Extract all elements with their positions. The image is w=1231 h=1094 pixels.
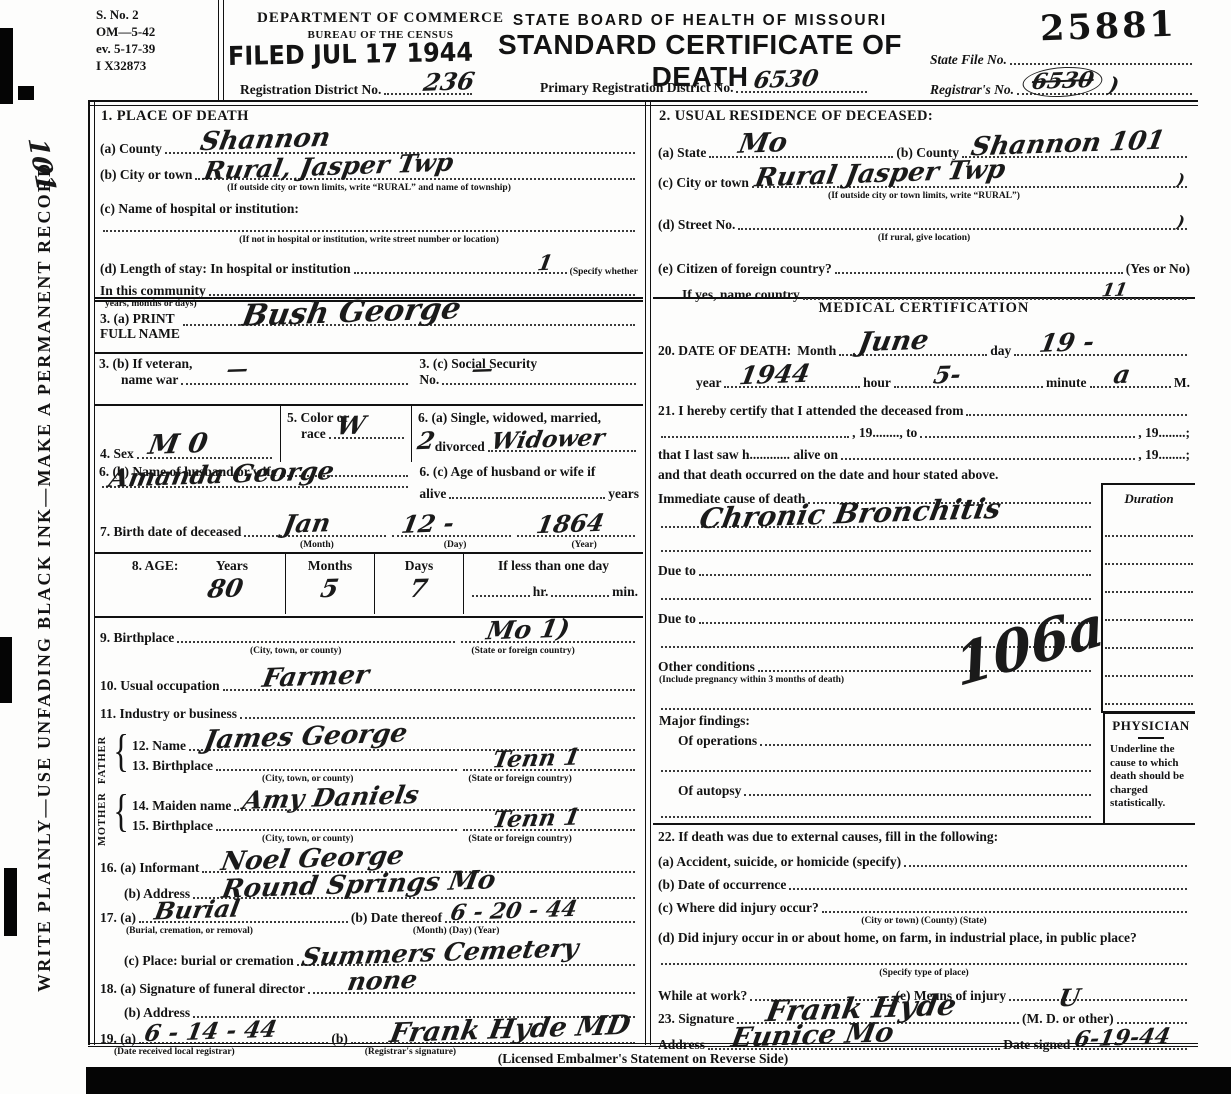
injury-where-label: (c) Where did injury occur? — [658, 900, 819, 916]
city-row: (b) City or town Rural, Jasper Twp — [95, 157, 643, 183]
hospital-line — [103, 224, 635, 232]
due-to-label1: Due to — [658, 563, 696, 579]
scan-artifact — [0, 28, 13, 104]
cause-line — [661, 544, 1091, 552]
length-of-stay-row: (d) Length of stay: In hospital or insti… — [95, 251, 643, 277]
pen-mark: ) — [1176, 170, 1187, 189]
years-header: Years — [216, 558, 248, 573]
occupation-row: 10. Usual occupation Farmer — [95, 662, 643, 694]
date-thereof-value: 6 - 20 - 44 — [448, 896, 579, 926]
operations-label: Of operations — [658, 733, 757, 749]
cause-line — [661, 592, 1091, 600]
attended-line2: , 19........, to , 19........; — [653, 419, 1195, 441]
margin-instruction: WRITE PLAINLY—USE UNFADING BLACK INK—MAK… — [34, 112, 55, 992]
race-label2: race — [287, 426, 326, 442]
spouse-age-label: 6. (c) Age of husband or wife if — [419, 464, 639, 480]
due-to-label2: Due to — [658, 611, 696, 627]
section-place-of-death: 1. PLACE OF DEATH (a) County Shannon (b)… — [95, 103, 643, 302]
days-header: Days — [375, 554, 463, 574]
death-hour-label: hour — [863, 375, 891, 391]
left-column: 1. PLACE OF DEATH (a) County Shannon (b)… — [95, 103, 643, 1046]
pen-mark: ) — [1107, 72, 1121, 97]
injury-place-line — [661, 957, 1187, 965]
state-file-number-stamp: 25881 — [1039, 4, 1177, 50]
cause-line — [661, 764, 1091, 772]
age-label: 8. AGE: — [132, 558, 179, 573]
scan-edge-bar — [86, 1067, 1231, 1094]
birth-month-value: Jan — [282, 508, 334, 539]
death-month-value: June — [856, 325, 931, 358]
sex-value: M 0 — [146, 428, 210, 461]
ssn-no-label: No. — [419, 372, 439, 388]
autopsy-label: Of autopsy — [658, 783, 741, 799]
age-months-value: 5 — [319, 574, 342, 604]
father-birthplace-note2: (State or foreign country) — [468, 774, 571, 788]
disposition-row: 17. (a) Burial (b) Date thereof 6 - 20 -… — [95, 902, 643, 926]
autopsy-row: Of autopsy — [653, 775, 1099, 799]
medical-certification-title: MEDICAL CERTIFICATION — [819, 300, 1030, 316]
mother-name-value: Amy Daniels — [241, 780, 421, 815]
disposition-label: 17. (a) — [100, 910, 136, 926]
due-to-row1: Due to — [653, 555, 1099, 579]
birth-date-row: 7. Birth date of deceased Jan 12 - 1864 — [95, 512, 643, 540]
burial-place-label: (c) Place: burial or cremation — [100, 953, 294, 969]
residence-state-row: (a) State Mo (b) County Shannon 101 — [653, 131, 1195, 161]
registration-district-row: Registration District No. 236 — [240, 82, 475, 98]
header-divider — [218, 0, 224, 101]
full-name-value: Bush George — [239, 291, 464, 334]
death-month-label: Month — [797, 343, 836, 359]
state-file-row: State File No. — [930, 52, 1195, 68]
attended-text2a: , 19........, to — [852, 425, 917, 441]
section-age: 8. AGE: Years 80 Months 5 Days 7 If less… — [95, 554, 643, 618]
ssn-value: — — [470, 356, 496, 382]
injury-place-label: (d) Did injury occur in or about home, o… — [653, 930, 1195, 950]
attended-line1: 21. I hereby certify that I attended the… — [653, 395, 1195, 419]
right-column: 2. USUAL RESIDENCE OF DECEASED: (a) Stat… — [653, 103, 1195, 1055]
length-of-stay-label: (d) Length of stay: In hospital or insti… — [100, 261, 351, 277]
registration-district-label: Registration District No. — [240, 82, 381, 98]
marital-value: Widower — [489, 424, 607, 455]
embalmer-footer: (Licensed Embalmer's Statement on Revers… — [88, 1043, 1198, 1067]
death-certificate-scan: S. No. 2 OM—5-42 ev. 5-17-39 I X32873 10… — [0, 0, 1231, 1094]
informant-label: 16. (a) Informant — [100, 860, 199, 876]
duration-line — [1105, 509, 1193, 537]
residence-city-note: (If outside city or town limits, write “… — [653, 191, 1195, 207]
duration-line — [1105, 565, 1193, 593]
duration-line — [1105, 677, 1193, 705]
less-than-day-header: If less than one day — [464, 554, 643, 574]
attended-text2b: , 19........; — [1138, 425, 1190, 441]
primary-district-row: Primary Registration District No. 6530 — [540, 80, 870, 96]
mother-birthplace-row: 15. Birthplace Tenn 1 — [127, 814, 643, 834]
section-cause-of-death: Immediate cause of death Chronic Bronchi… — [653, 483, 1195, 825]
section-attended: 21. I hereby certify that I attended the… — [653, 395, 1195, 483]
external-causes-title: 22. If death was due to external causes,… — [653, 825, 1195, 847]
accident-label: (a) Accident, suicide, or homicide (spec… — [658, 854, 901, 870]
burial-place-row: (c) Place: burial or cremation Summers C… — [95, 941, 643, 969]
mother-name-label: 14. Maiden name — [132, 798, 231, 814]
injury-place-note: (Specify type of place) — [653, 968, 1195, 982]
birthplace-label: 9. Birthplace — [100, 630, 174, 646]
accident-row: (a) Accident, suicide, or homicide (spec… — [653, 847, 1195, 870]
death-year-label: year — [658, 375, 721, 391]
month-note: (Month) — [300, 540, 334, 550]
residence-city-row: (c) City or town Rural Jasper Twp ) — [653, 161, 1195, 191]
alive-label: alive — [419, 486, 446, 502]
scan-artifact — [4, 868, 17, 936]
father-name-label: 12. Name — [132, 738, 186, 754]
hr-label: hr. — [533, 584, 549, 600]
occurrence-label: (b) Date of occurrence — [658, 877, 786, 893]
occupation-value: Farmer — [260, 660, 371, 694]
min-label: min. — [612, 584, 638, 600]
cause-line — [661, 810, 1091, 818]
age-less-cell: If less than one day hr. min. — [463, 554, 643, 614]
date-thereof-label: (b) Date thereof — [351, 910, 442, 926]
duration-line — [1105, 621, 1193, 649]
age-years-cell: 8. AGE: Years 80 — [95, 554, 285, 614]
name-war-label: name war — [99, 372, 178, 388]
yes-or-no-note: (Yes or No) — [1126, 261, 1190, 277]
residence-state-value: Mo — [736, 127, 790, 160]
funeral-director-row: 18. (a) Signature of funeral director no… — [95, 969, 643, 997]
year-note: (Year) — [571, 540, 596, 550]
md-or-other-label: (M. D. or other) — [1022, 1011, 1114, 1027]
registrar-number-label: Registrar's No. — [930, 82, 1014, 98]
street-label: (d) Street No. — [658, 217, 735, 233]
ssn-label: 3. (c) Social Security — [419, 356, 639, 372]
section-date-of-death: 20. DATE OF DEATH: Month June day 19 - y… — [653, 323, 1195, 395]
form-number-line: ev. 5-17-39 — [96, 40, 216, 57]
physician-title: PHYSICIAN — [1110, 718, 1192, 734]
column-divider — [645, 101, 651, 1045]
cause-line — [661, 702, 1091, 710]
form-number-line: S. No. 2 — [96, 6, 216, 23]
section-birthplace-occupation: 9. Birthplace Mo 1) (City, town, or coun… — [95, 618, 643, 726]
physician-box: PHYSICIAN Underline the cause to which d… — [1103, 711, 1195, 823]
death-day-label: day — [990, 343, 1011, 359]
attended-text1: 21. I hereby certify that I attended the… — [658, 403, 963, 419]
full-name-label: FULL NAME — [100, 326, 180, 341]
department-title: DEPARTMENT OF COMMERCE — [243, 10, 518, 27]
years-suffix: years — [608, 486, 639, 502]
sex-cell: 4. Sex M 0 — [95, 406, 280, 462]
disposition-note: (Burial, cremation, or removal) — [126, 926, 253, 941]
registrar-number-row: Registrar's No. 6530 ) — [930, 82, 1195, 98]
duration-header: Duration — [1103, 485, 1195, 509]
primary-district-label: Primary Registration District No. — [540, 80, 733, 96]
birthplace-note1: (City, town, or county) — [250, 646, 341, 662]
attended-text3a: that I last saw h............ alive on — [658, 447, 838, 463]
section-full-name: 3. (a) PRINT FULL NAME Bush George — [95, 302, 643, 354]
state-file-label: State File No. — [930, 52, 1007, 68]
duration-column: Duration — [1101, 483, 1195, 713]
signature-label: 23. Signature — [658, 1011, 734, 1027]
death-day-value: 19 - — [1038, 327, 1097, 358]
county-label: (a) County — [100, 141, 162, 157]
primary-district-value: 6530 — [752, 65, 821, 94]
section-residence: 2. USUAL RESIDENCE OF DECEASED: (a) Stat… — [653, 103, 1195, 299]
spouse-block: 6. (b) Name of husband or wife Amanda Ge… — [95, 462, 415, 512]
day-note: (Day) — [444, 540, 467, 550]
birth-day-value: 12 - — [400, 508, 457, 539]
name-country-label: If yes, name country — [658, 287, 800, 303]
pen-mark: 11 — [1100, 280, 1129, 302]
veteran-label: 3. (b) If veteran, — [99, 356, 411, 372]
duration-line — [1105, 593, 1193, 621]
attended-line3: that I last saw h............ alive on ,… — [653, 441, 1195, 463]
form-left-border — [88, 101, 95, 1045]
community-label: In this community — [100, 283, 206, 299]
disposition-value: Burial — [152, 894, 242, 926]
board-title: STATE BOARD OF HEALTH OF MISSOURI — [480, 12, 920, 30]
hospital-note: (If not in hospital or institution, writ… — [95, 235, 643, 251]
spouse-age-block: 6. (c) Age of husband or wife if alive y… — [415, 462, 643, 512]
attended-text4: and that death occurred on the date and … — [658, 467, 998, 483]
race-cell: 5. Color or race W — [280, 406, 411, 462]
hospital-label: (c) Name of hospital or institution: — [100, 201, 299, 217]
death-minute-label: minute — [1046, 375, 1087, 391]
full-name-row: 3. (a) PRINT FULL NAME Bush George — [95, 302, 643, 350]
form-number-line: OM—5-42 — [96, 23, 216, 40]
residence-state-label: (a) State — [658, 145, 706, 161]
death-date-row1: 20. DATE OF DEATH: Month June day 19 - — [653, 323, 1195, 359]
birthplace-row: 9. Birthplace Mo 1) — [95, 618, 643, 646]
marital-cell: 6. (a) Single, widowed, married, 2 divor… — [411, 406, 643, 462]
birthplace-value: Mo 1) — [484, 614, 572, 646]
spouse-value: Amanda George — [107, 456, 337, 493]
injury-where-row: (c) Where did injury occur? — [653, 893, 1195, 916]
mother-birthplace-note2: (State or foreign country) — [468, 834, 571, 848]
am-pm-label: M. — [1174, 375, 1190, 391]
residence-city-label: (c) City or town — [658, 175, 749, 191]
brace-icon — [113, 788, 128, 834]
street-row: (d) Street No. ) — [653, 207, 1195, 233]
cause-line: Chronic Bronchitis — [661, 520, 1091, 528]
physician-instruction: Underline the cause to which death shoul… — [1110, 743, 1192, 811]
street-note: (If rural, give location) — [653, 233, 1195, 251]
pen-mark: ) — [1176, 212, 1187, 231]
section-veteran-ssn: 3. (b) If veteran, name war — 3. (c) Soc… — [95, 354, 643, 406]
veteran-block: 3. (b) If veteran, name war — — [95, 354, 415, 402]
scan-artifact — [0, 637, 12, 703]
attended-text3b: , 19........; — [1138, 447, 1190, 463]
age-years-value: 80 — [205, 573, 245, 603]
section-external-causes: 22. If death was due to external causes,… — [653, 825, 1195, 997]
birth-year-value: 1864 — [534, 508, 606, 539]
date-of-death-label: 20. DATE OF DEATH: — [658, 343, 791, 359]
race-value: W — [334, 411, 367, 441]
funeral-director-label: 18. (a) Signature of funeral director — [100, 981, 305, 997]
residence-city-value: Rural Jasper Twp — [752, 155, 1007, 194]
months-header: Months — [286, 554, 374, 574]
city-label: (b) City or town — [100, 167, 192, 183]
birthplace-note2: (State or foreign country) — [471, 646, 574, 662]
occurrence-row: (b) Date of occurrence — [653, 870, 1195, 893]
death-date-row2: year 1944 hour 5- minute a M. — [653, 359, 1195, 391]
name-country-row: If yes, name country 11 — [653, 277, 1195, 303]
father-birthplace-label: 13. Birthplace — [132, 758, 213, 774]
duration-line — [1105, 649, 1193, 677]
death-minute-value: a — [1111, 360, 1132, 390]
occupation-label: 10. Usual occupation — [100, 678, 220, 694]
industry-row: 11. Industry or business — [95, 694, 643, 722]
mother-vertical-label: MOTHER — [97, 790, 108, 846]
major-findings-label: Major findings: — [653, 713, 1099, 731]
registrar-number-value: 6530 — [1020, 66, 1105, 99]
marital-label2: divorced — [435, 439, 485, 455]
section-personal: 4. Sex M 0 5. Color or race W 6. (a) Sin… — [95, 406, 643, 554]
mother-birthplace-label: 15. Birthplace — [132, 818, 213, 834]
citizen-row: (e) Citizen of foreign country? (Yes or … — [653, 251, 1195, 277]
scan-artifact — [18, 86, 34, 100]
death-hour-value: 5- — [931, 360, 963, 390]
father-birthplace-row: 13. Birthplace Tenn 1 — [127, 754, 643, 774]
brace-icon — [113, 728, 128, 774]
death-year-value: 1944 — [738, 359, 813, 390]
pen-mark: 1 — [536, 250, 555, 275]
father-vertical-label: FATHER — [97, 732, 108, 784]
father-birthplace-value: Tenn 1 — [490, 743, 582, 773]
city-note: (If outside city or town limits, write “… — [95, 183, 643, 197]
sex-label: 4. Sex — [100, 446, 134, 462]
birth-date-notes: (Month) (Day) (Year) — [95, 540, 643, 550]
attended-line4: and that death occurred on the date and … — [653, 463, 1195, 483]
citizen-label: (e) Citizen of foreign country? — [658, 261, 832, 277]
physician-underline — [1138, 737, 1164, 739]
funeral-director-value: none — [345, 965, 420, 996]
age-days-cell: Days 7 — [374, 554, 463, 614]
industry-label: 11. Industry or business — [100, 706, 237, 722]
mother-birthplace-value: Tenn 1 — [490, 803, 582, 833]
form-number-block: S. No. 2 OM—5-42 ev. 5-17-39 I X32873 — [96, 6, 216, 74]
other-conditions-label: Other conditions — [658, 659, 755, 675]
injury-where-note: (City or town) (County) (State) — [653, 916, 1195, 930]
birth-date-label: 7. Birth date of deceased — [100, 524, 241, 540]
print-label: 3. (a) PRINT — [100, 311, 175, 326]
specify-whether-note: (Specify whether — [570, 267, 638, 277]
section-parents: FATHER MOTHER 12. Name James George 13. … — [95, 726, 643, 850]
form-number-line: I X32873 — [96, 57, 216, 74]
age-months-cell: Months 5 — [285, 554, 374, 614]
section-disposition: 16. (a) Informant Noel George (b) Addres… — [95, 850, 643, 1046]
duration-line — [1105, 537, 1193, 565]
hospital-row: (c) Name of hospital or institution: — [95, 197, 643, 217]
operations-row: Of operations — [653, 731, 1099, 749]
age-days-value: 7 — [408, 574, 431, 604]
place-of-death-title: 1. PLACE OF DEATH — [95, 103, 643, 127]
father-name-value: James George — [202, 718, 410, 755]
veteran-value: — — [225, 356, 251, 382]
ssn-block: 3. (c) Social Security No. — — [415, 354, 643, 402]
